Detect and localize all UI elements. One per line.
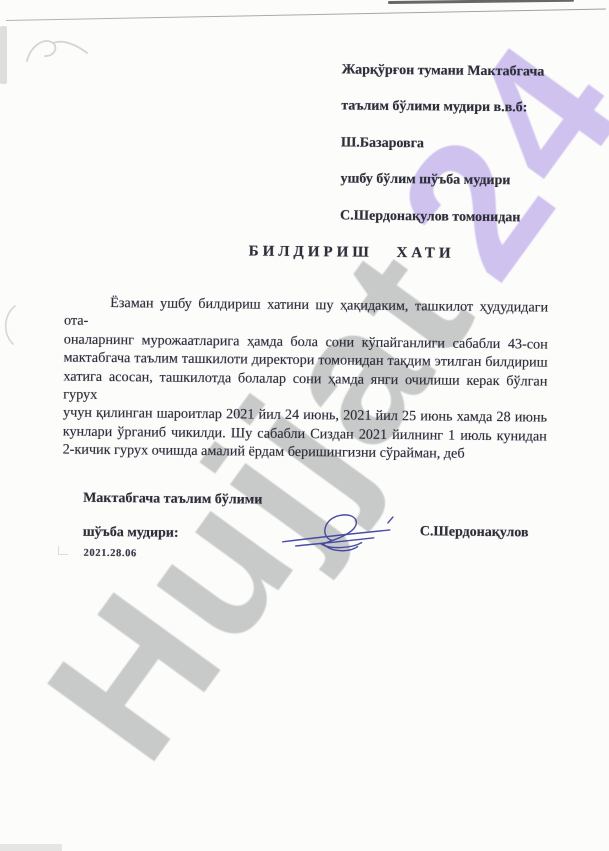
recipient-line: Ш.Базаровга: [341, 125, 544, 164]
scanned-document-page: Hujjat24 Жарқўрғон тумани Мактабгача таъ…: [0, 0, 609, 851]
body-line: Ёзаман ушбу билдириш хатини шу ҳақидаким…: [64, 294, 548, 336]
document-date: 2021.28.06: [83, 548, 136, 560]
left-margin-mark: [58, 546, 68, 555]
recipient-line: таълим бўлими мудири в.в.б:: [341, 89, 544, 128]
recipient-line: Жарқўрғон тумани Мактабгача: [341, 52, 544, 91]
document-title: БИЛДИРИШ ХАТИ: [249, 243, 455, 262]
scan-bottom-shadow: [0, 844, 62, 851]
signer-name: С.Шердонақулов: [420, 524, 529, 541]
signer-org-line: Мактабгача таълим бўлими: [83, 482, 263, 517]
body-line: хатига асосан, ташкилотда болалар сони ҳ…: [63, 367, 547, 409]
left-edge-arc-mark: [0, 303, 18, 347]
pencil-mark: [22, 32, 96, 70]
signer-role-line: шўъба мудири:: [83, 515, 263, 550]
recipient-block: Жарқўрғон тумани Мактабгача таълим бўлим…: [340, 52, 545, 236]
signature-ink: [279, 506, 400, 561]
scan-left-shadow: [0, 26, 7, 84]
body-paragraph: Ёзаман ушбу билдириш хатини шу ҳақидаким…: [63, 294, 549, 465]
document-content: Жарқўрғон тумани Мактабгача таълим бўлим…: [0, 0, 609, 851]
recipient-line: С.Шердонақулов томонидан: [340, 198, 543, 237]
recipient-line: ушбу бўлим шўъба мудири: [340, 162, 543, 201]
signer-title-block: Мактабгача таълим бўлими шўъба мудири:: [83, 482, 263, 551]
